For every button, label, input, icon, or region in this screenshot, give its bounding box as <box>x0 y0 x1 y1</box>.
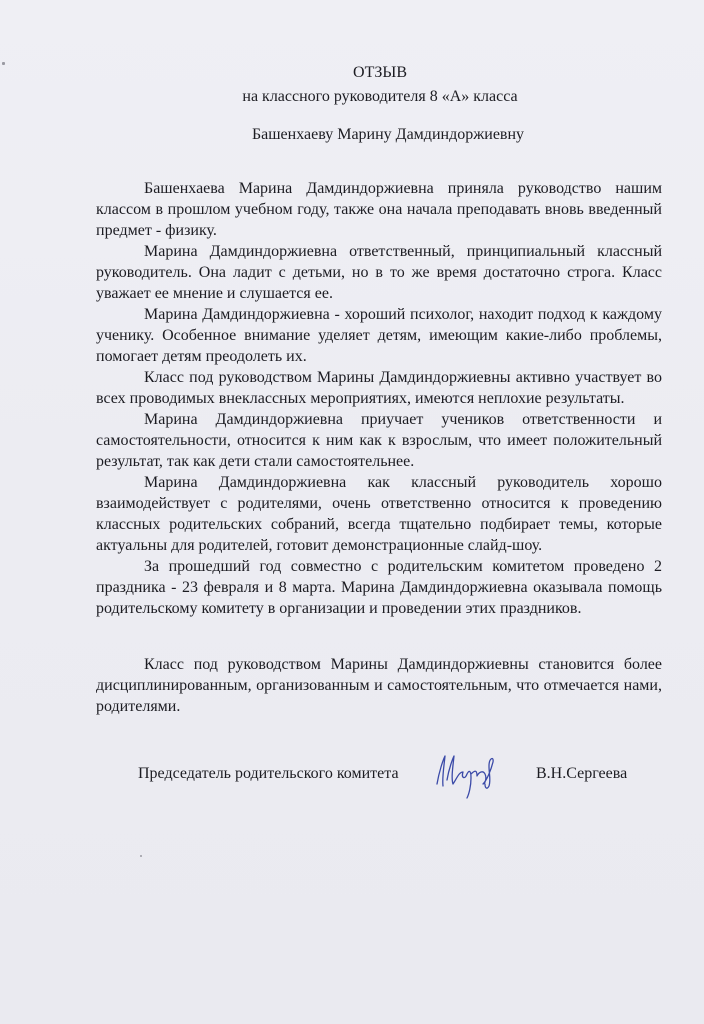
document-subtitle: на классного руководителя 8 «А» класса <box>0 87 704 107</box>
scan-speck <box>140 855 142 857</box>
signatory-role: Председатель родительского комитета <box>138 764 399 784</box>
scanned-page: ОТЗЫВ на классного руководителя 8 «А» кл… <box>0 0 704 1024</box>
document-body: Башенхаева Марина Дамдиндоржиевна принял… <box>96 178 662 619</box>
paragraph: Класс под руководством Марины Дамдиндорж… <box>96 367 662 409</box>
paragraph: Марина Дамдиндоржиевна - хороший психоло… <box>96 304 662 367</box>
closing-paragraph-block: Класс под руководством Марины Дамдиндорж… <box>96 654 662 717</box>
paragraph: Марина Дамдиндоржиевна приучает учеников… <box>96 409 662 472</box>
addressee: Башенхаеву Марину Дамдиндоржиевну <box>0 125 704 145</box>
paragraph: Марина Дамдиндоржиевна ответственный, пр… <box>96 241 662 304</box>
signatory-name: В.Н.Сергеева <box>536 764 627 784</box>
signature-block: Председатель родительского комитета В.Н.… <box>138 764 638 804</box>
paragraph: Башенхаева Марина Дамдиндоржиевна принял… <box>96 178 662 241</box>
document-title: ОТЗЫВ <box>0 63 704 83</box>
paragraph: Марина Дамдиндоржиевна как классный руко… <box>96 472 662 556</box>
scan-speck <box>2 62 5 65</box>
closing-paragraph: Класс под руководством Марины Дамдиндорж… <box>96 654 662 717</box>
paragraph: За прошедший год совместно с родительски… <box>96 556 662 619</box>
handwritten-signature-icon <box>431 750 501 800</box>
